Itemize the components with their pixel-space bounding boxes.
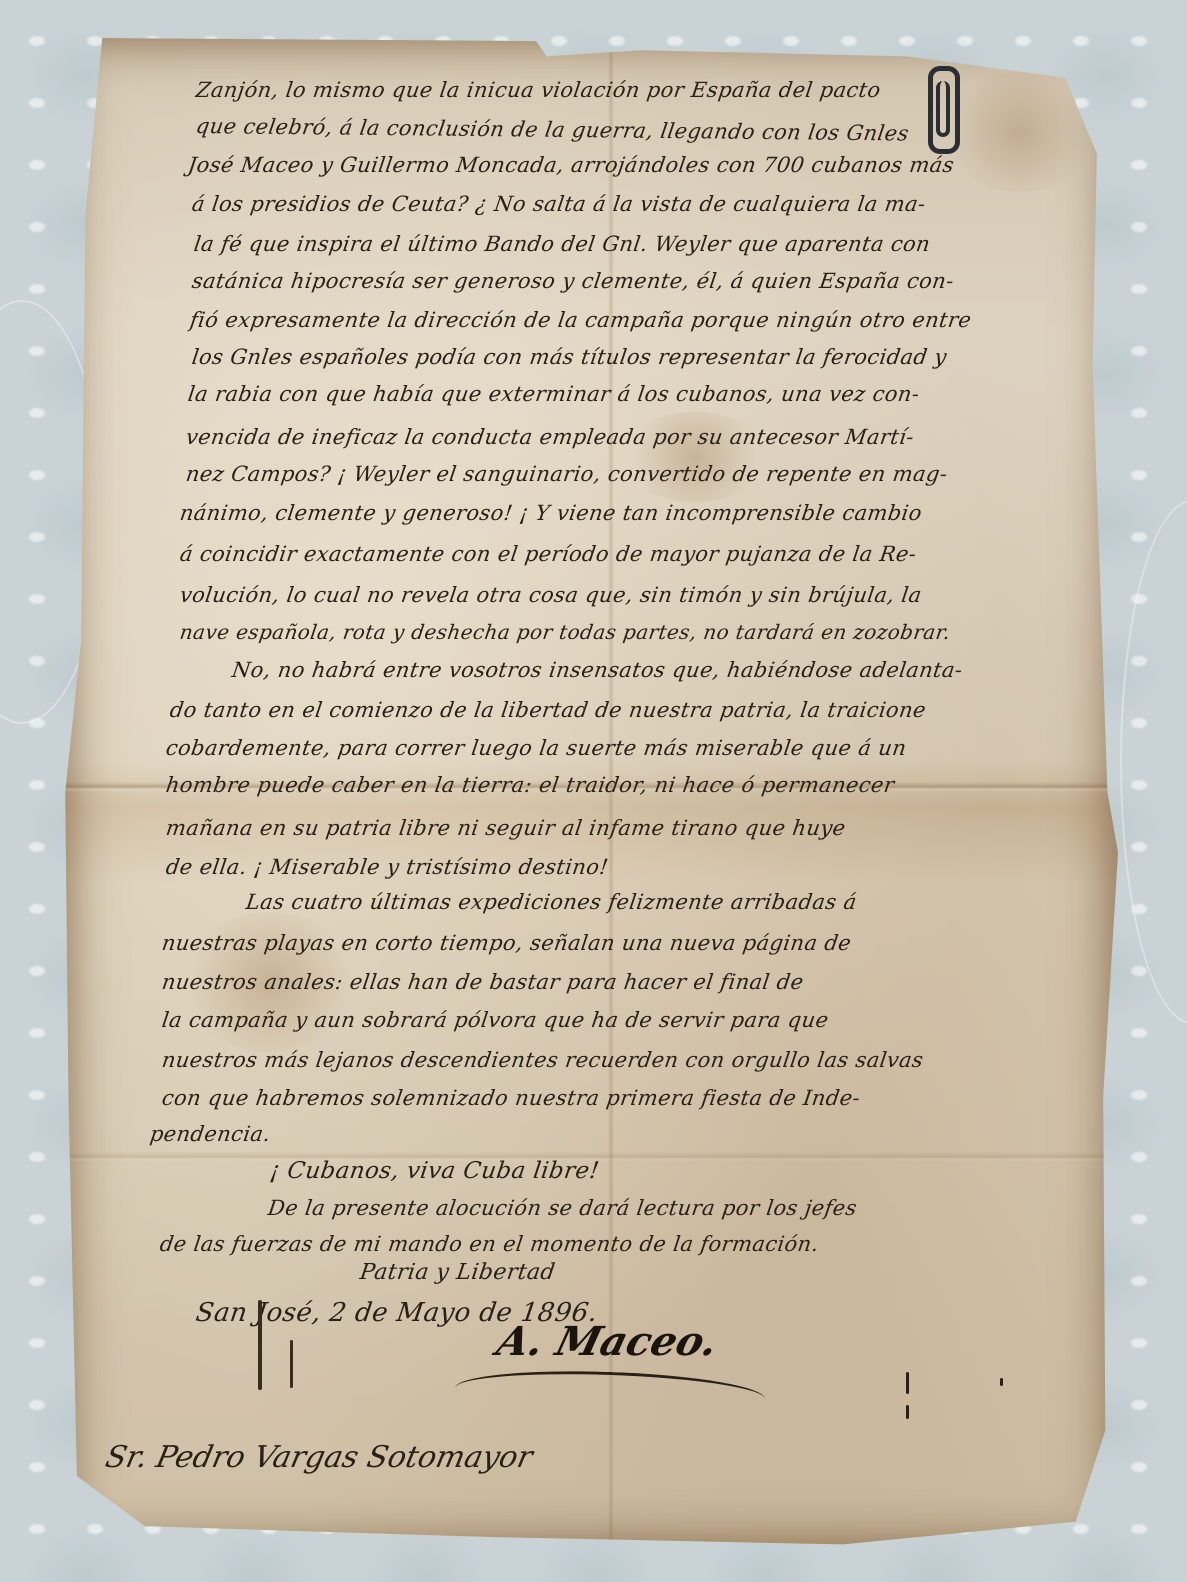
text-line: ¡ Cubanos, viva Cuba libre! [268,1160,600,1183]
text-line: los Gnles españoles podía con más título… [191,347,949,368]
text-line: José Maceo y Guillermo Moncada, arrojánd… [187,155,956,176]
text-line: de ella. ¡ Miserable y tristísimo destin… [165,857,610,878]
text-line: nánimo, clemente y generoso! ¡ Y viene t… [179,503,924,524]
text-line: nuestros más lejanos descendientes recue… [161,1050,925,1071]
ink-mark [906,1405,909,1419]
text-line: con que habremos solemnizado nuestra pri… [161,1088,862,1109]
addressee: Sr. Pedro Vargas Sotomayor [102,1440,535,1475]
text-line: vencida de ineficaz la conducta empleada… [185,427,916,448]
ink-mark [1000,1378,1003,1386]
text-line: nuestros anales: ellas han de bastar par… [161,972,805,993]
text-line: Zanjón, lo mismo que la inicua violación… [195,80,883,101]
text-line: do tanto en el comienzo de la libertad d… [169,700,928,721]
text-line: Las cuatro últimas expediciones felizmen… [245,892,858,913]
text-line: á coincidir exactamente con el período d… [179,544,918,565]
text-line: á los presidios de Ceuta? ¿ No salta á l… [191,194,928,215]
text-line: nuestras playas en corto tiempo, señalan… [161,933,853,954]
paper-stain [940,72,1100,192]
text-line: No, no habrá entre vosotros insensatos q… [231,660,964,681]
text-line: pendencia. [149,1124,272,1145]
paperclip [928,66,960,154]
text-line: De la presente alocución se dará lectura… [267,1198,859,1219]
text-line: mañana en su patria libre ni seguir al i… [165,818,847,839]
text-line: hombre puede caber en la tierra: el trai… [165,775,896,796]
text-line: la campaña y aun sobrará pólvora que ha … [161,1010,830,1031]
text-line: volución, lo cual no revela otra cosa qu… [179,585,924,606]
rubric-stroke [258,1300,262,1390]
rubric-stroke [290,1340,293,1388]
text-line: cobardemente, para correr luego la suert… [165,738,908,759]
text-line: de las fuerzas de mi mando en el momento… [159,1234,821,1255]
text-line: nave española, rota y deshecha por todas… [179,622,952,642]
text-line: fió expresamente la dirección de la camp… [189,310,973,331]
fabric-quilt-pattern [1120,500,1187,1024]
text-line: satánica hipocresía ser generoso y cleme… [191,271,956,292]
signature: A. Maceo. [492,1318,723,1365]
text-line: la rabia con que había que exterminar á … [187,384,921,405]
closing-motto: Patria y Libertad [358,1262,556,1284]
text-line: la fé que inspira el último Bando del Gn… [193,234,932,255]
ink-mark [906,1372,909,1394]
text-line: nez Campos? ¡ Weyler el sanguinario, con… [185,464,949,485]
